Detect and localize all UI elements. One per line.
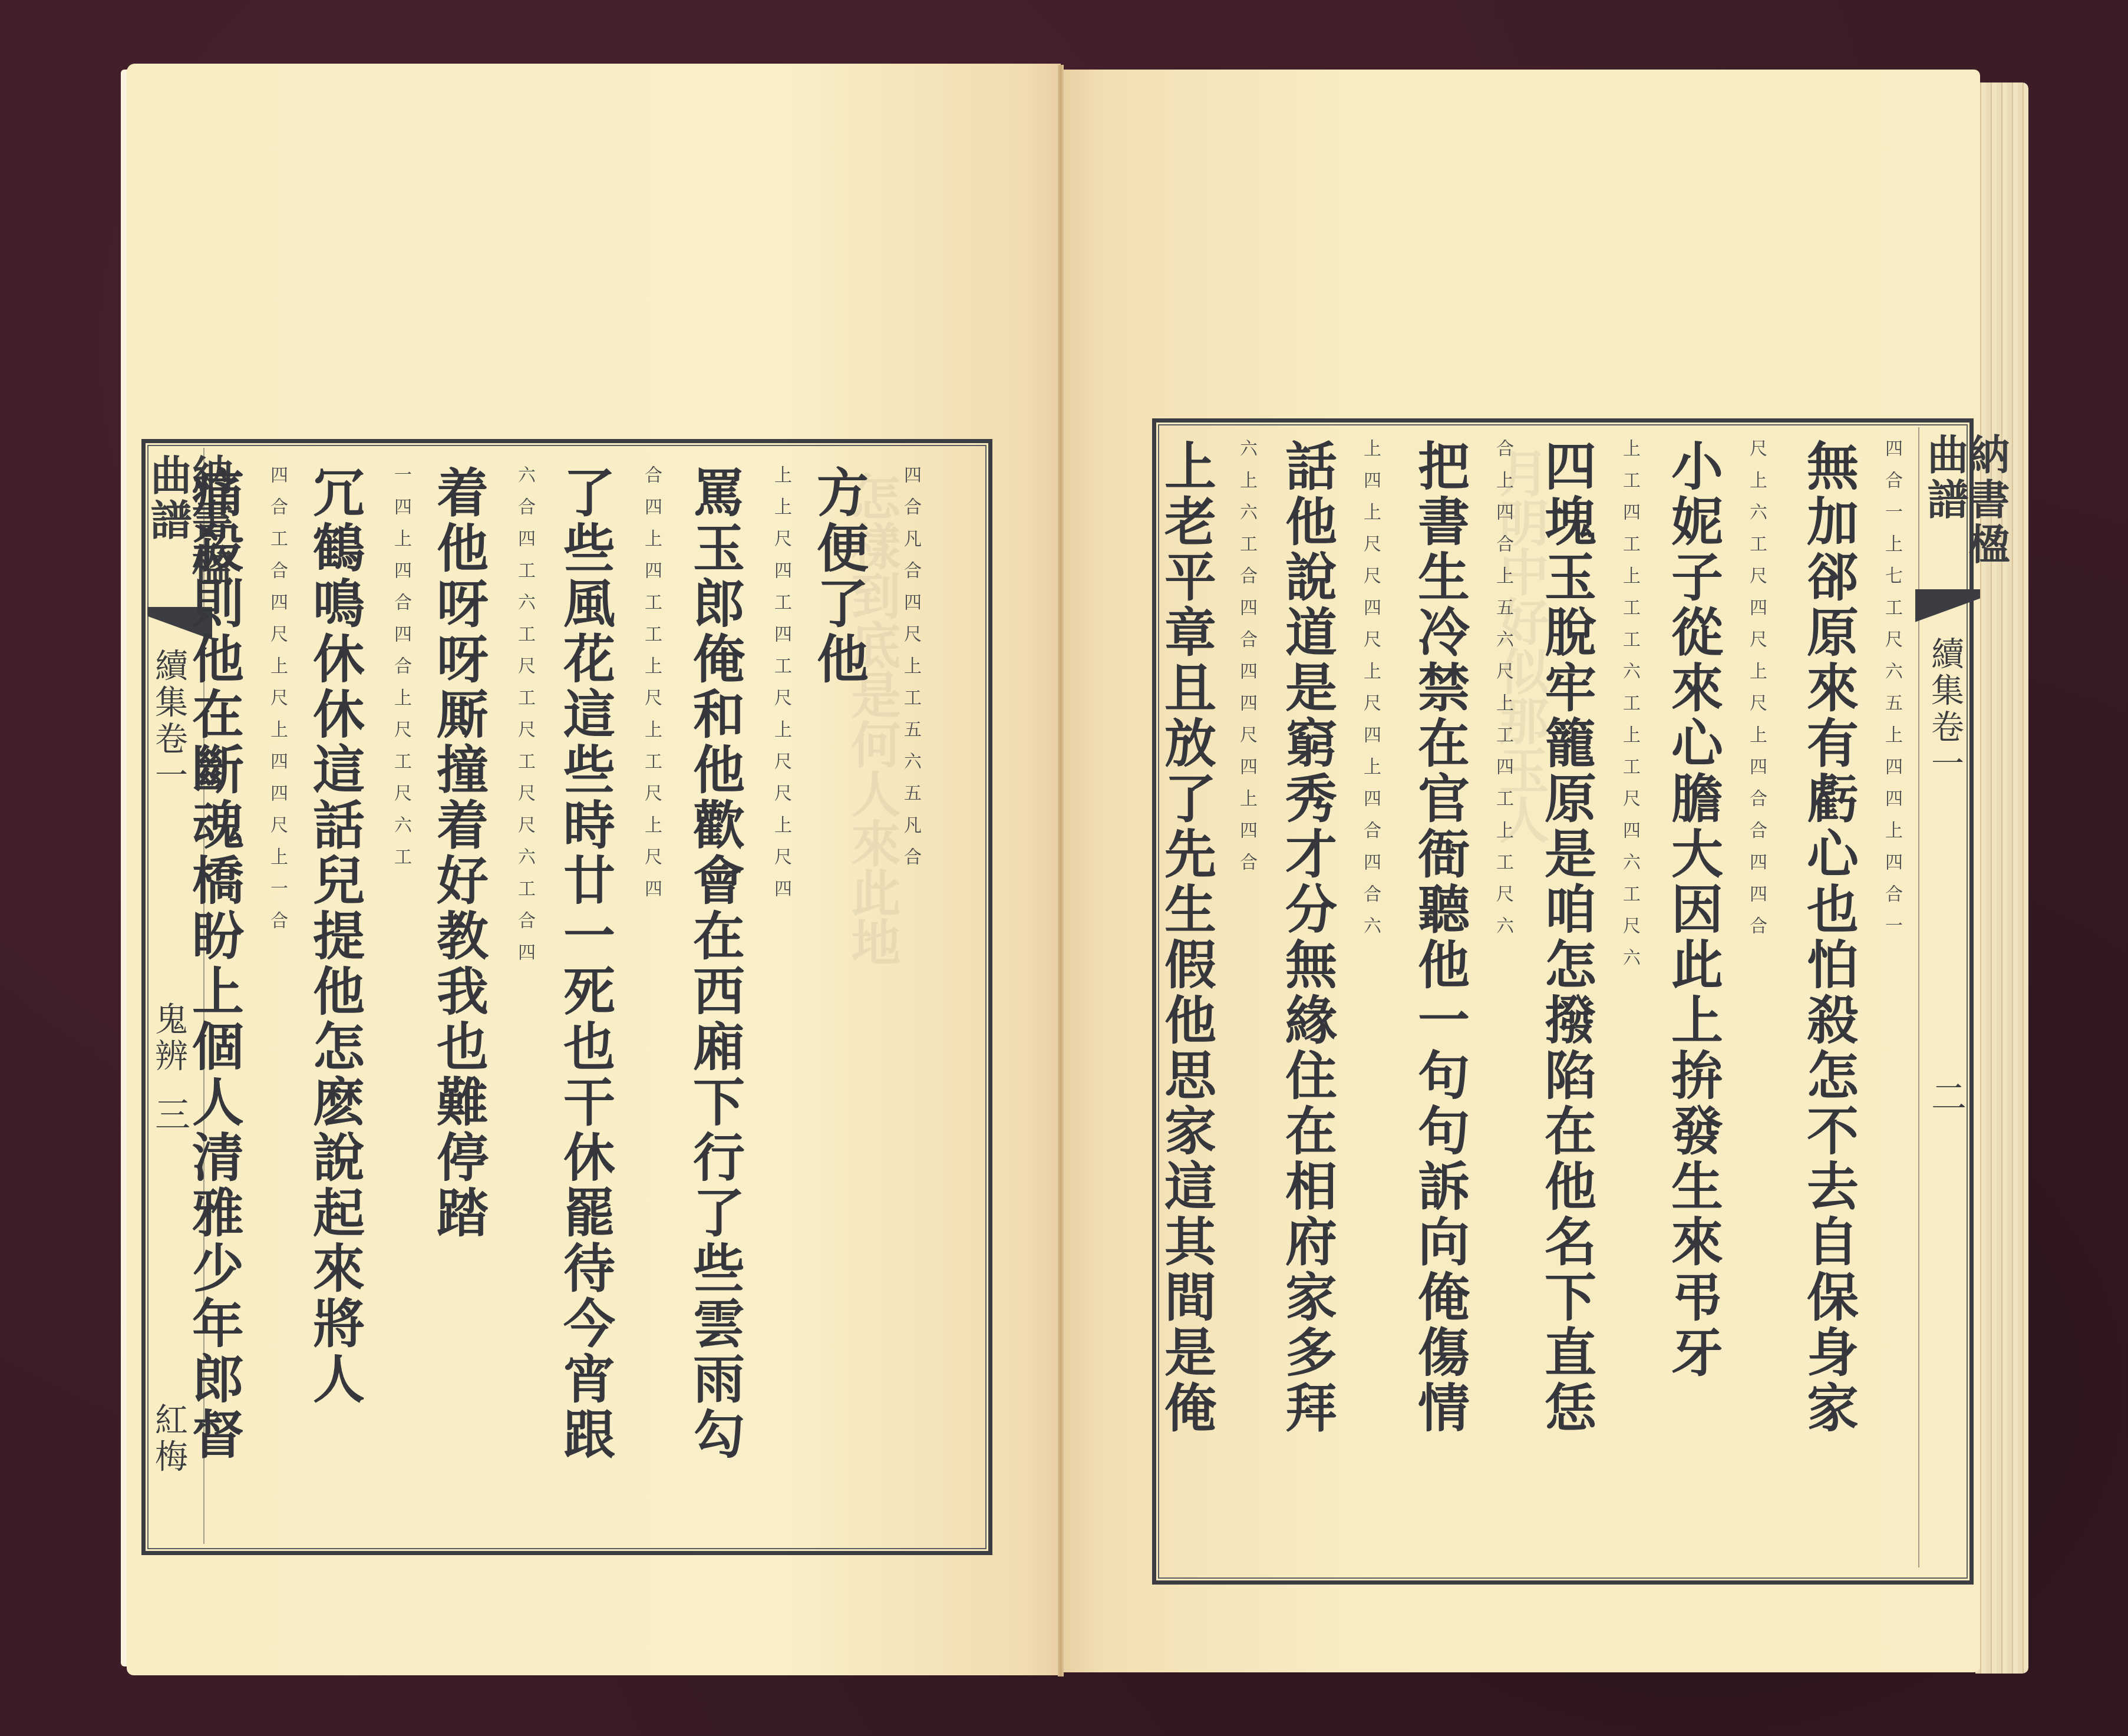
right-lyric-col-5: 話他說道是窮秀才分無緣住在相府家多拜 (1282, 439, 1334, 1565)
right-page-number: 二 (1928, 1078, 1964, 1137)
right-notation-col-1: 四合一上七工尺六五上四四上四合一 (1883, 439, 1901, 1565)
left-notation-col-1: 四合凡合四尺上工五六五凡合 (902, 466, 919, 1538)
left-lyric-col-4: 着他呀呀厮撞着好教我也難停踏 (433, 466, 485, 1538)
left-gutter-volume: 續集卷一 (152, 648, 185, 801)
left-lyric-col-2: 罵玉郎俺和他歡會在西廂下行了些雲雨勾 (689, 466, 741, 1538)
left-lyric-col-3: 了些風花這些時廿一死也干休罷待今宵跟 (560, 466, 612, 1538)
left-notation-col-4: 六合四工六工尺工尺工尺尺六工合四 (516, 466, 533, 1538)
right-lyric-col-2: 小妮子從來心膽大因此上拚發生來弔牙 (1668, 439, 1720, 1565)
right-notation-col-5: 上四上尺尺四尺上尺四上四合四合六 (1361, 439, 1379, 1565)
right-lyric-col-4: 把書生冷禁在官衙聽他一句句訴向俺傷情 (1414, 439, 1466, 1565)
right-notation-col-6: 六上六工合四合四四尺四上四合 (1238, 439, 1255, 1565)
left-notation-col-2: 上上尺四工四工尺上尺尺上尺四 (772, 466, 790, 1538)
center-fold (1058, 65, 1064, 1676)
right-lyric-col-3: 四塊玉脫牢籠原是咱怎撥陷在他名下直恁 (1541, 439, 1593, 1565)
left-notation-col-3: 合四上四工工上尺上工尺上尺四 (642, 466, 660, 1538)
right-lyric-col-6: 上老平章且放了先生假他思家這其間是俺 (1161, 439, 1213, 1565)
right-notation-col-3: 上工四工上工工六工上工尺四六工尺六 (1621, 439, 1638, 1565)
left-lyric-col-5: 冗鶴鳴休休這話兒提他怎麽說起來將人 (309, 466, 361, 1538)
left-notation-col-5: 一四上四合四合上尺工尺六工 (392, 466, 410, 1538)
right-notation-col-4: 合上四合上五六尺上工四工上工尺六 (1494, 439, 1512, 1565)
left-lyric-col-1: 方便了他 (813, 466, 865, 1538)
right-lyric-col-1: 無加郤原來有虧心也怕殺怎不去自保身家 (1803, 439, 1855, 1565)
left-lyric-col-6: 痛殺則他在斷魂橋盼上個人清雅少年郎督 (189, 466, 240, 1538)
right-page-stack-edges (1975, 82, 2028, 1674)
right-gutter-volume: 續集卷一 (1928, 636, 1961, 790)
left-page-number: 三 (152, 1096, 187, 1155)
right-gutter-book-title: 納書楹曲譜 (1924, 433, 2007, 604)
left-gutter-piece-title: 鬼辨 (152, 1002, 185, 1084)
right-notation-col-2: 尺上六工尺四尺上尺上四合合四四合 (1747, 439, 1765, 1565)
left-notation-col-6: 四合工合四尺上尺上四四尺上一合 (268, 466, 286, 1538)
left-gutter-play-title: 紅梅 (152, 1402, 185, 1485)
